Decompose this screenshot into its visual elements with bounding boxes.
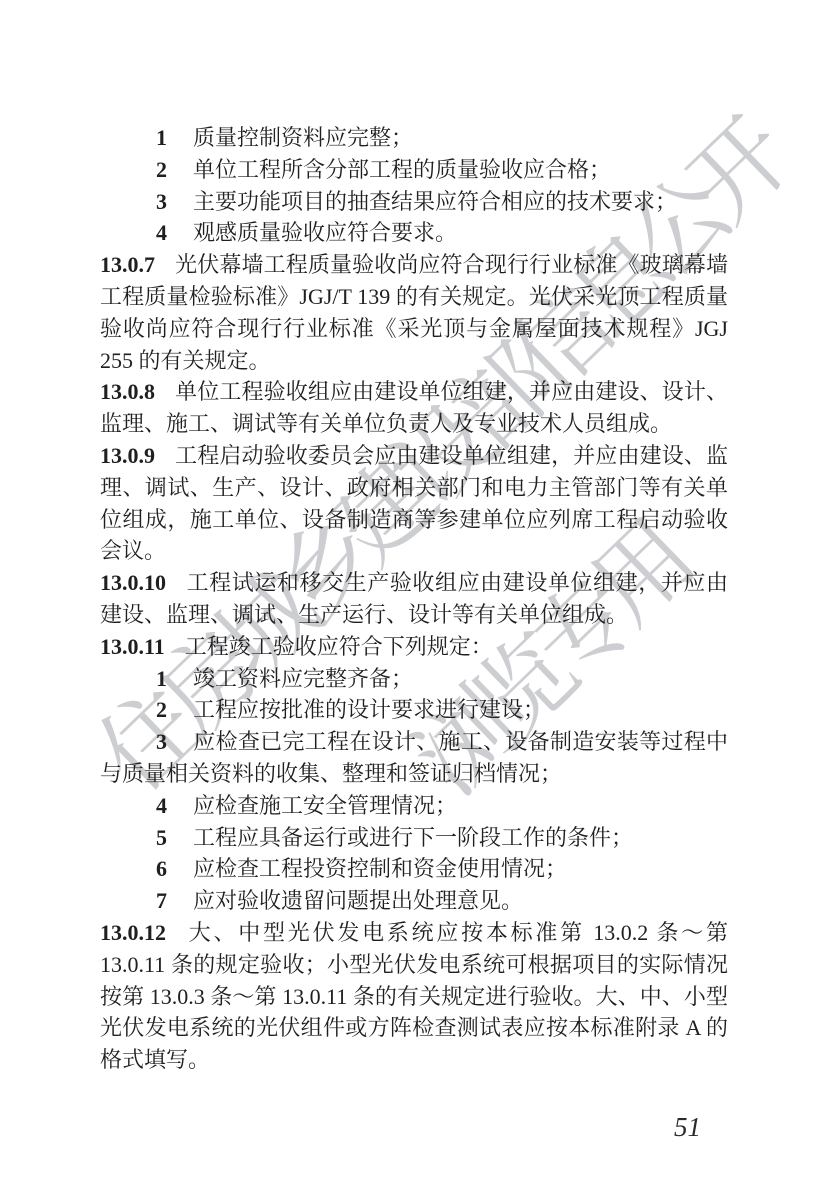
item-text: 应检查施工安全管理情况；	[193, 793, 457, 818]
clause-number: 13.0.7	[100, 252, 155, 277]
item-number: 3	[156, 729, 167, 754]
list-item-subdivision-acceptance: 2单位工程所含分部工程的质量验收应合格；	[100, 154, 728, 186]
item-text: 竣工资料应完整齐备；	[193, 666, 413, 691]
clause-13-0-12: 13.0.12大、中型光伏发电系统应按本标准第 13.0.2 条～第 13.0.…	[100, 917, 728, 1076]
clause-13-0-8: 13.0.8单位工程验收组应由建设单位组建，并应由建设、设计、监理、施工、调试等…	[100, 376, 728, 440]
clause-text: 工程竣工验收应符合下列规定：	[185, 634, 493, 659]
clause-number: 13.0.12	[100, 920, 166, 945]
clause-text: 大、中型光伏发电系统应按本标准第 13.0.2 条～第 13.0.11 条的规定…	[100, 920, 728, 1072]
clause-13-0-10: 13.0.10工程试运和移交生产验收组应由建设单位组建，并应由建设、监理、调试、…	[100, 567, 728, 631]
list-item-appearance-quality: 4观感质量验收应符合要求。	[100, 217, 728, 249]
clause-number: 13.0.11	[100, 634, 165, 659]
list-item-function-spot-check: 3主要功能项目的抽查结果应符合相应的技术要求；	[100, 186, 728, 218]
clause-number: 13.0.9	[100, 443, 155, 468]
page-number: 51	[674, 1112, 701, 1143]
list-item-archive-check: 3应检查已完工程在设计、施工、设备制造安装等过程中与质量相关资料的收集、整理和签…	[100, 726, 728, 790]
item-text: 质量控制资料应完整；	[193, 125, 413, 150]
clause-number: 13.0.10	[100, 570, 166, 595]
document-page: 住房城乡建设部信息公开 浏览专用 1质量控制资料应完整； 2单位工程所含分部工程…	[0, 0, 828, 1198]
list-item-completion-data: 1竣工资料应完整齐备；	[100, 663, 728, 695]
clause-number: 13.0.8	[100, 379, 155, 404]
clause-text: 单位工程验收组应由建设单位组建，并应由建设、设计、监理、施工、调试等有关单位负责…	[100, 379, 728, 436]
item-number: 4	[156, 793, 167, 818]
clause-text: 工程启动验收委员会应由建设单位组建，并应由建设、监理、调试、生产、设计、政府相关…	[100, 443, 728, 563]
item-number: 4	[156, 220, 167, 245]
list-item-investment-control: 6应检查工程投资控制和资金使用情况；	[100, 853, 728, 885]
item-number: 1	[156, 125, 167, 150]
clause-13-0-7: 13.0.7光伏幕墙工程质量验收尚应符合现行行业标准《玻璃幕墙工程质量检验标准》…	[100, 249, 728, 376]
item-text: 工程应具备运行或进行下一阶段工作的条件；	[193, 825, 633, 850]
item-number: 6	[156, 856, 167, 881]
list-item-operation-conditions: 5工程应具备运行或进行下一阶段工作的条件；	[100, 822, 728, 854]
clause-text: 光伏幕墙工程质量验收尚应符合现行行业标准《玻璃幕墙工程质量检验标准》JGJ/T …	[100, 252, 728, 372]
item-number: 3	[156, 189, 167, 214]
item-number: 7	[156, 888, 167, 913]
item-number: 1	[156, 666, 167, 691]
clause-13-0-11: 13.0.11工程竣工验收应符合下列规定：	[100, 631, 728, 663]
item-text: 主要功能项目的抽查结果应符合相应的技术要求；	[193, 189, 677, 214]
item-text: 观感质量验收应符合要求。	[193, 220, 457, 245]
item-text: 应检查工程投资控制和资金使用情况；	[193, 856, 567, 881]
item-text: 应检查已完工程在设计、施工、设备制造安装等过程中与质量相关资料的收集、整理和签证…	[100, 729, 728, 786]
item-number: 2	[156, 697, 167, 722]
page-content: 1质量控制资料应完整； 2单位工程所含分部工程的质量验收应合格； 3主要功能项目…	[100, 122, 728, 1076]
clause-text: 工程试运和移交生产验收组应由建设单位组建，并应由建设、监理、调试、生产运行、设计…	[100, 570, 728, 627]
item-text: 应对验收遗留问题提出处理意见。	[193, 888, 523, 913]
item-number: 5	[156, 825, 167, 850]
clause-13-0-9: 13.0.9工程启动验收委员会应由建设单位组建，并应由建设、监理、调试、生产、设…	[100, 440, 728, 567]
item-text: 工程应按批准的设计要求进行建设；	[193, 697, 545, 722]
list-item-approved-design: 2工程应按批准的设计要求进行建设；	[100, 694, 728, 726]
list-item-remaining-issues: 7应对验收遗留问题提出处理意见。	[100, 885, 728, 917]
item-number: 2	[156, 157, 167, 182]
list-item-quality-records: 1质量控制资料应完整；	[100, 122, 728, 154]
list-item-safety-management: 4应检查施工安全管理情况；	[100, 790, 728, 822]
item-text: 单位工程所含分部工程的质量验收应合格；	[193, 157, 611, 182]
